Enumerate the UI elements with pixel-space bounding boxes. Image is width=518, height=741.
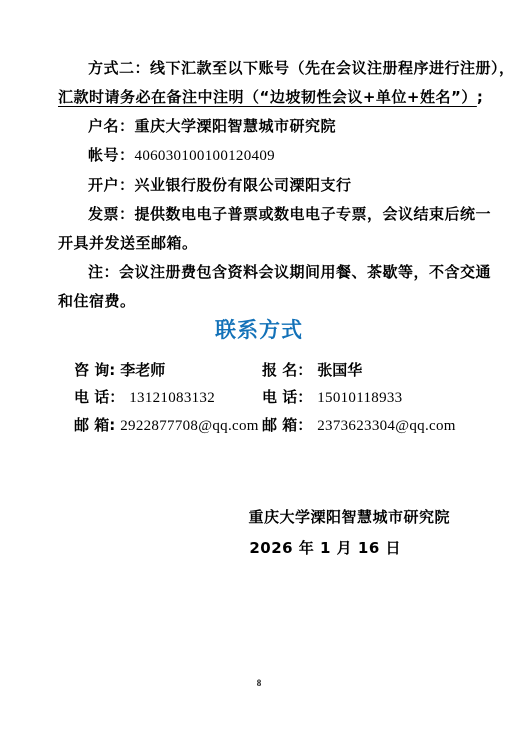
signup-role-label: 报 名： — [262, 361, 312, 379]
note-line1: 注：会议注册费包含资料会议期间用餐、茶歇等，不含交通 — [58, 258, 464, 287]
remittance-note-underlined: 汇款时请务必在备注中注明（“边坡韧性会议+单位+姓名”） — [58, 88, 477, 106]
account-number-line: 帐号：406030100100120409 — [58, 141, 464, 171]
consult-name: 李老师 — [120, 361, 165, 379]
bank-line: 开户：兴业银行股份有限公司溧阳支行 — [58, 171, 464, 200]
contact-column-consult: 咨 询:李老师 电 话：13121083132 邮 箱:2922877708@q… — [74, 357, 259, 440]
signature-org: 重庆大学溧阳智慧城市研究院 — [248, 502, 450, 533]
signup-email-value: 2373623304@qq.com — [317, 418, 456, 434]
signup-email-label: 邮 箱： — [262, 416, 312, 434]
signup-email-line: 邮 箱：2373623304@qq.com — [262, 412, 456, 440]
account-number-value: 406030100100120409 — [135, 148, 275, 164]
bank-value: 兴业银行股份有限公司溧阳支行 — [135, 176, 352, 194]
signup-phone-value: 15010118933 — [317, 390, 402, 406]
signature-block: 重庆大学溧阳智慧城市研究院 2026 年 1 月 16 日 — [248, 502, 450, 564]
signup-phone-label: 电 话： — [262, 388, 312, 406]
signup-name: 张国华 — [317, 361, 362, 379]
consult-email-line: 邮 箱:2922877708@qq.com — [74, 412, 259, 440]
contact-heading: 联系方式 — [0, 314, 518, 344]
payment-info-section: 方式二：线下汇款至以下账号（先在会议注册程序进行注册）， 汇款时请务必在备注中注… — [58, 54, 464, 316]
account-name-value: 重庆大学溧阳智慧城市研究院 — [135, 117, 337, 135]
remittance-note-tail: ; — [477, 88, 484, 106]
account-name-label: 户名： — [88, 117, 135, 135]
payment-method2-text: 方式二：线下汇款至以下账号（先在会议注册程序进行注册）， — [88, 59, 515, 77]
invoice-line2: 开具并发送至邮箱。 — [58, 229, 464, 258]
consult-phone-value: 13121083132 — [129, 390, 215, 406]
consult-role-label: 咨 询: — [74, 361, 115, 379]
consult-email-value: 2922877708@qq.com — [120, 418, 259, 434]
contact-column-signup: 报 名：张国华 电 话：15010118933 邮 箱：2373623304@q… — [262, 357, 456, 440]
consult-phone-line: 电 话：13121083132 — [74, 384, 259, 412]
signup-phone-line: 电 话：15010118933 — [262, 384, 456, 412]
bank-label: 开户： — [88, 176, 135, 194]
consult-phone-label: 电 话： — [74, 388, 124, 406]
document-page: 方式二：线下汇款至以下账号（先在会议注册程序进行注册）， 汇款时请务必在备注中注… — [0, 0, 518, 741]
invoice-line1: 发票：提供数电电子普票或数电电子专票，会议结束后统一 — [58, 200, 464, 229]
signup-name-line: 报 名：张国华 — [262, 357, 456, 384]
payment-method2-line2: 汇款时请务必在备注中注明（“边坡韧性会议+单位+姓名”）; — [58, 83, 464, 112]
note-line2: 和住宿费。 — [58, 287, 464, 316]
page-number: 8 — [0, 678, 518, 688]
consult-name-line: 咨 询:李老师 — [74, 357, 259, 384]
payment-method2-line1: 方式二：线下汇款至以下账号（先在会议注册程序进行注册）， — [58, 54, 464, 83]
signature-date: 2026 年 1 月 16 日 — [248, 533, 450, 564]
account-name-line: 户名：重庆大学溧阳智慧城市研究院 — [58, 112, 464, 141]
consult-email-label: 邮 箱: — [74, 416, 115, 434]
account-number-label: 帐号： — [88, 146, 135, 164]
